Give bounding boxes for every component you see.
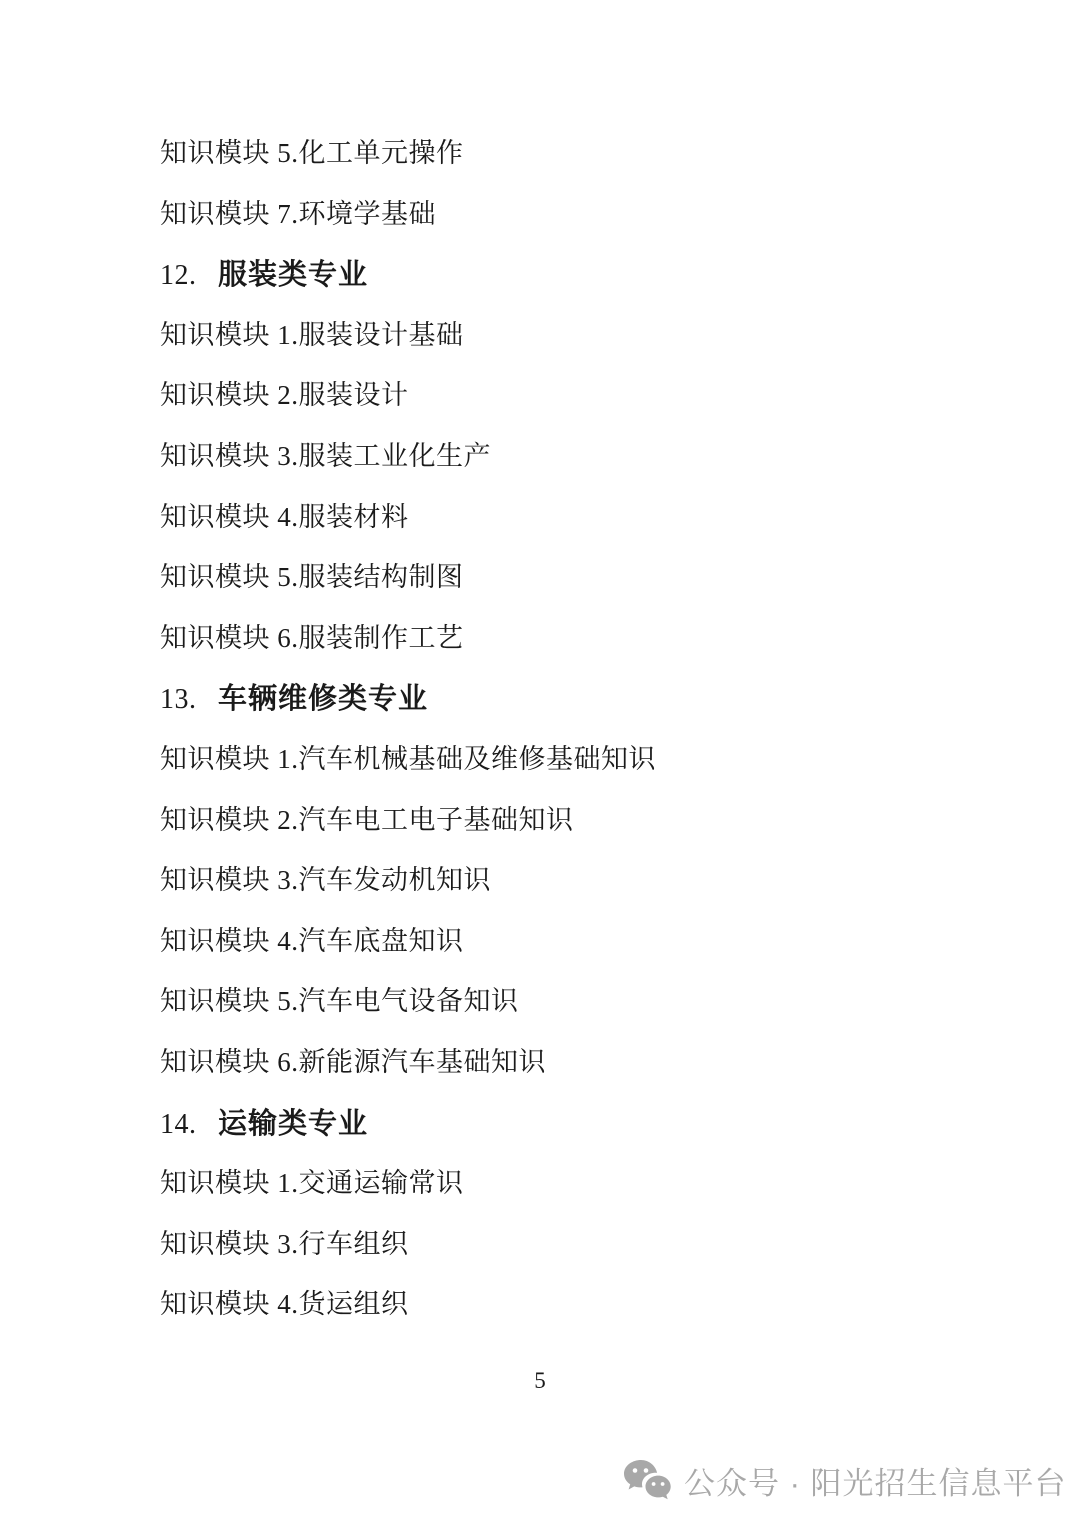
module-line: 知识模块 5.汽车电气设备知识: [160, 986, 1040, 1047]
module-line: 知识模块 3.行车组织: [160, 1229, 1040, 1290]
page-number: 5: [0, 1368, 1080, 1394]
watermark: 公众号 · 阳光招生信息平台: [622, 1458, 1067, 1503]
section-heading-14: 14.运输类专业: [160, 1108, 1040, 1169]
module-line: 知识模块 7.环境学基础: [160, 199, 1040, 260]
section-title: 车辆维修类专业: [218, 683, 428, 715]
section-number: 12.: [160, 260, 218, 292]
module-line: 知识模块 1.服装设计基础: [160, 320, 1040, 381]
module-line: 知识模块 3.服装工业化生产: [160, 441, 1040, 502]
document-page: 知识模块 5.化工单元操作 知识模块 7.环境学基础 12.服装类专业 知识模块…: [0, 0, 1080, 1527]
section-title: 运输类专业: [218, 1108, 368, 1140]
module-line: 知识模块 2.服装设计: [160, 380, 1040, 441]
module-line: 知识模块 2.汽车电工电子基础知识: [160, 805, 1040, 866]
module-line: 知识模块 4.货运组织: [160, 1289, 1040, 1350]
module-line: 知识模块 1.交通运输常识: [160, 1168, 1040, 1229]
section-heading-13: 13.车辆维修类专业: [160, 683, 1040, 744]
module-line: 知识模块 4.汽车底盘知识: [160, 926, 1040, 987]
section-number: 14.: [160, 1109, 218, 1141]
section-number: 13.: [160, 684, 218, 716]
watermark-text: 公众号 · 阳光招生信息平台: [684, 1458, 1067, 1503]
module-line: 知识模块 6.新能源汽车基础知识: [160, 1047, 1040, 1108]
module-line: 知识模块 5.化工单元操作: [160, 138, 1040, 199]
wechat-icon: [622, 1459, 672, 1503]
module-line: 知识模块 6.服装制作工艺: [160, 623, 1040, 684]
module-line: 知识模块 5.服装结构制图: [160, 562, 1040, 623]
section-title: 服装类专业: [218, 259, 368, 291]
module-line: 知识模块 1.汽车机械基础及维修基础知识: [160, 744, 1040, 805]
section-heading-12: 12.服装类专业: [160, 259, 1040, 320]
document-body: 知识模块 5.化工单元操作 知识模块 7.环境学基础 12.服装类专业 知识模块…: [160, 138, 1040, 1350]
module-line: 知识模块 4.服装材料: [160, 502, 1040, 563]
module-line: 知识模块 3.汽车发动机知识: [160, 865, 1040, 926]
